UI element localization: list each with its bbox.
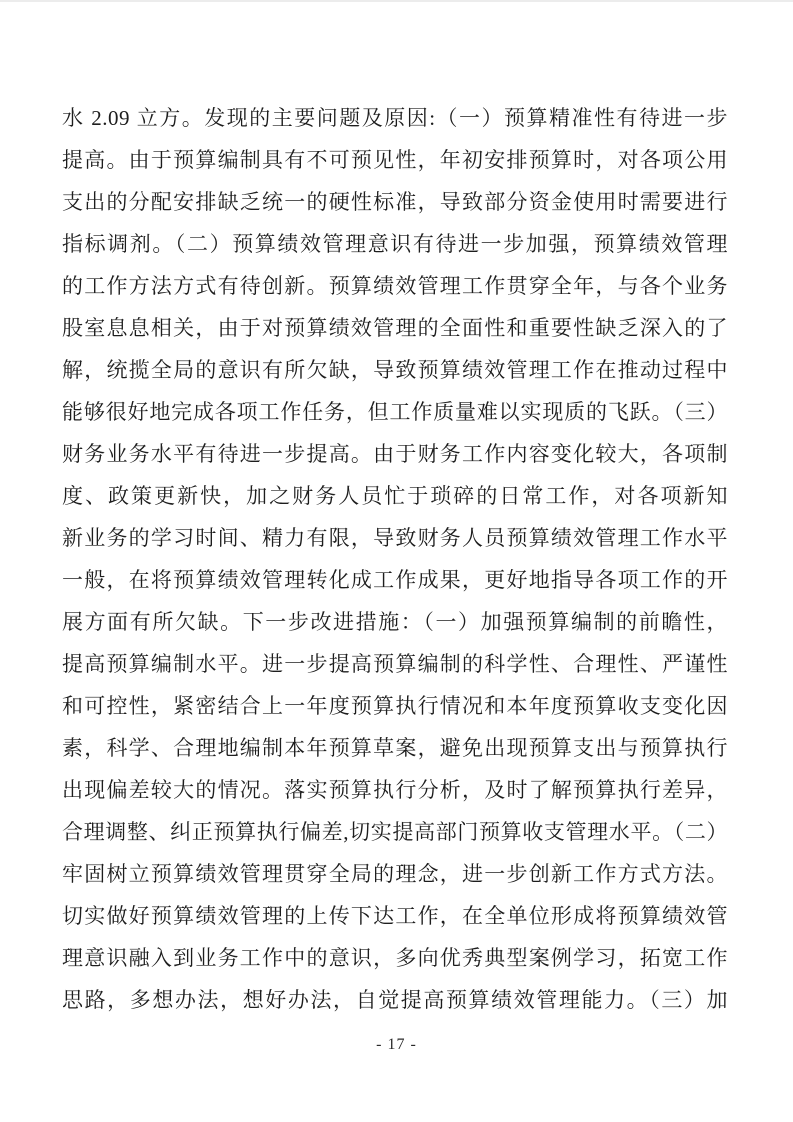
- body-line: 财务业务水平有待进一步提高。由于财务工作内容变化较大，各项制: [62, 433, 728, 475]
- body-line: 指标调剂。（二）预算绩效管理意识有待进一步加强，预算绩效管理: [62, 223, 728, 265]
- body-line: 思路，多想办法，想好办法，自觉提高预算绩效管理能力。（三）加: [62, 979, 728, 1021]
- page-number: - 17 -: [0, 1036, 793, 1054]
- body-text: 水 2.09 立方。发现的主要问题及原因:（一）预算精准性有待进一步 提高。由于…: [62, 97, 728, 1021]
- body-line: 新业务的学习时间、精力有限，导致财务人员预算绩效管理工作水平: [62, 517, 728, 559]
- body-line: 度、政策更新快，加之财务人员忙于琐碎的日常工作，对各项新知识、: [62, 475, 728, 517]
- body-line: 素，科学、合理地编制本年预算草案，避免出现预算支出与预算执行: [62, 727, 728, 769]
- body-line: 水 2.09 立方。发现的主要问题及原因:（一）预算精准性有待进一步: [62, 97, 728, 139]
- body-line: 牢固树立预算绩效管理贯穿全局的理念，进一步创新工作方式方法。: [62, 853, 728, 895]
- body-line: 合理调整、纠正预算执行偏差,切实提高部门预算收支管理水平。（二）: [62, 811, 728, 853]
- scan-edge-artifact: [0, 0, 793, 2]
- body-line: 切实做好预算绩效管理的上传下达工作，在全单位形成将预算绩效管: [62, 895, 728, 937]
- body-line: 一般，在将预算绩效管理转化成工作成果，更好地指导各项工作的开: [62, 559, 728, 601]
- body-line: 股室息息相关，由于对预算绩效管理的全面性和重要性缺乏深入的了: [62, 307, 728, 349]
- body-line: 支出的分配安排缺乏统一的硬性标准，导致部分资金使用时需要进行: [62, 181, 728, 223]
- body-line: 提高预算编制水平。进一步提高预算编制的科学性、合理性、严谨性: [62, 643, 728, 685]
- body-line: 提高。由于预算编制具有不可预见性，年初安排预算时，对各项公用: [62, 139, 728, 181]
- body-line: 出现偏差较大的情况。落实预算执行分析，及时了解预算执行差异，: [62, 769, 728, 811]
- body-line: 和可控性，紧密结合上一年度预算执行情况和本年度预算收支变化因: [62, 685, 728, 727]
- body-line: 展方面有所欠缺。下一步改进措施：（一）加强预算编制的前瞻性，: [62, 601, 728, 643]
- document-page: 水 2.09 立方。发现的主要问题及原因:（一）预算精准性有待进一步 提高。由于…: [0, 0, 793, 1122]
- body-line: 理意识融入到业务工作中的意识，多向优秀典型案例学习，拓宽工作: [62, 937, 728, 979]
- body-line: 能够很好地完成各项工作任务，但工作质量难以实现质的飞跃。（三）: [62, 391, 728, 433]
- body-line: 解，统揽全局的意识有所欠缺，导致预算绩效管理工作在推动过程中: [62, 349, 728, 391]
- body-line: 的工作方法方式有待创新。预算绩效管理工作贯穿全年，与各个业务: [62, 265, 728, 307]
